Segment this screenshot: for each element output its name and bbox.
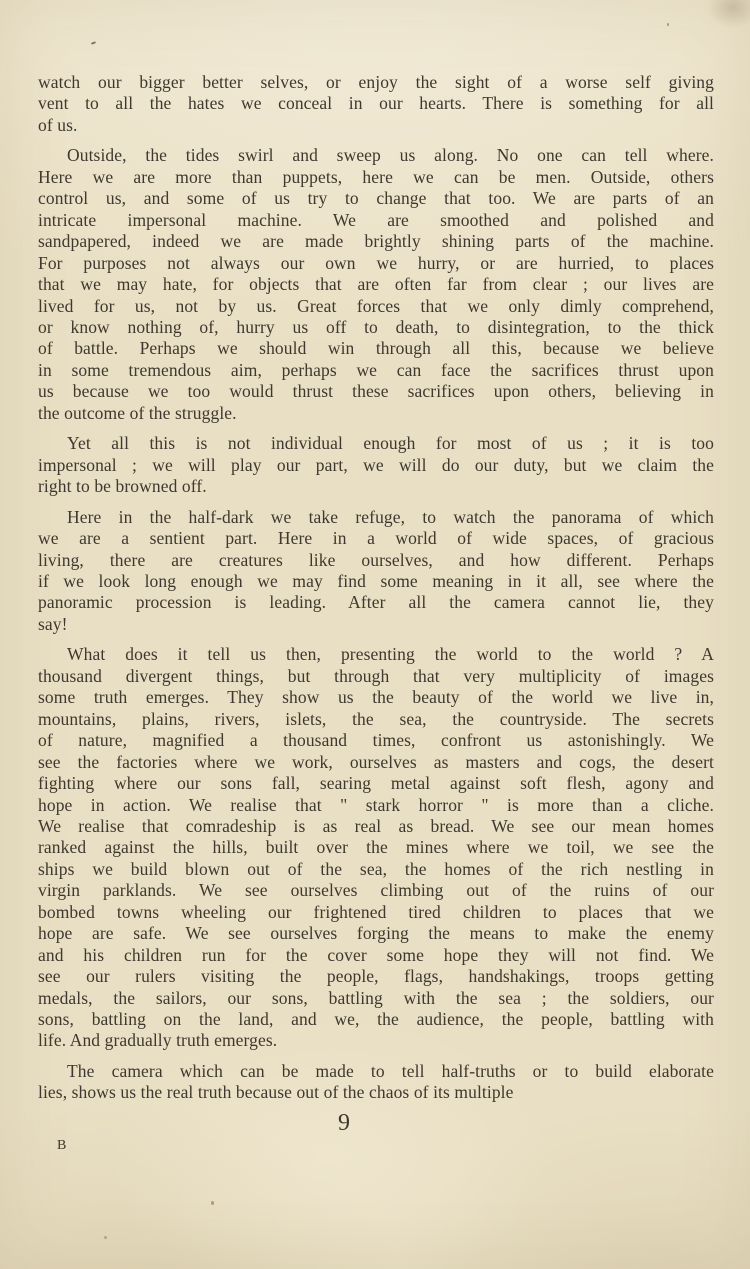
text-line: hope in action. We realise that " stark … <box>38 795 714 816</box>
body-text: watch our bigger better selves, or enjoy… <box>38 72 714 1113</box>
text-line: impersonal ; we will play our part, we w… <box>38 455 714 476</box>
text-line: lived for us, not by us. Great forces th… <box>38 296 714 317</box>
text-line: we are a sentient part. Here in a world … <box>38 528 714 549</box>
text-line: life. And gradually truth emerges. <box>38 1030 714 1051</box>
text-line: The camera which can be made to tell hal… <box>38 1061 714 1082</box>
text-line: thousand divergent things, but through t… <box>38 666 714 687</box>
text-line: Here in the half-dark we take refuge, to… <box>38 507 714 528</box>
paragraph: What does it tell us then, presenting th… <box>38 644 714 1052</box>
text-line: bombed towns wheeling our frightened tir… <box>38 902 714 923</box>
text-line: sandpapered, indeed we are made brightly… <box>38 231 714 252</box>
paragraph: Here in the half-dark we take refuge, to… <box>38 507 714 636</box>
text-line: What does it tell us then, presenting th… <box>38 644 714 665</box>
text-line: right to be browned off. <box>38 476 714 497</box>
text-line: mountains, plains, rivers, islets, the s… <box>38 709 714 730</box>
paper-stain <box>698 0 750 35</box>
paper-speck <box>667 23 669 26</box>
paragraph: The camera which can be made to tell hal… <box>38 1061 714 1104</box>
page-number: 9 <box>338 1110 350 1137</box>
text-line: see our rulers visiting the people, flag… <box>38 966 714 987</box>
book-page: watch our bigger better selves, or enjoy… <box>0 0 750 1269</box>
text-line: some truth emerges. They show us the bea… <box>38 687 714 708</box>
text-line: virgin parklands. We see ourselves climb… <box>38 880 714 901</box>
paper-speck <box>91 41 96 45</box>
text-line: of nature, magnified a thousand times, c… <box>38 730 714 751</box>
text-line: sons, battling on the land, and we, the … <box>38 1009 714 1030</box>
text-line: in some tremendous aim, perhaps we can f… <box>38 360 714 381</box>
text-line: panoramic procession is leading. After a… <box>38 592 714 613</box>
paragraph: Yet all this is not individual enough fo… <box>38 433 714 497</box>
text-line: the outcome of the struggle. <box>38 403 714 424</box>
paragraph: watch our bigger better selves, or enjoy… <box>38 72 714 136</box>
paper-speck <box>104 1236 107 1239</box>
text-line: control us, and some of us try to change… <box>38 188 714 209</box>
signature-mark: B <box>57 1138 66 1154</box>
text-line: and his children run for the cover some … <box>38 945 714 966</box>
text-line: watch our bigger better selves, or enjoy… <box>38 72 714 93</box>
text-line: us because we too would thrust these sac… <box>38 381 714 402</box>
text-line: say! <box>38 614 714 635</box>
text-line: Outside, the tides swirl and sweep us al… <box>38 145 714 166</box>
text-line: For purposes not always our own we hurry… <box>38 253 714 274</box>
text-line: living, there are creatures like ourselv… <box>38 550 714 571</box>
text-line: intricate impersonal machine. We are smo… <box>38 210 714 231</box>
text-line: that we may hate, for objects that are o… <box>38 274 714 295</box>
text-line: fighting where our sons fall, searing me… <box>38 773 714 794</box>
text-line: ranked against the hills, built over the… <box>38 837 714 858</box>
text-line: medals, the sailors, our sons, battling … <box>38 988 714 1009</box>
text-line: or know nothing of, hurry us off to deat… <box>38 317 714 338</box>
text-line: see the factories where we work, ourselv… <box>38 752 714 773</box>
text-line: hope are safe. We see ourselves forging … <box>38 923 714 944</box>
text-line: of battle. Perhaps we should win through… <box>38 338 714 359</box>
text-line: ships we build blown out of the sea, the… <box>38 859 714 880</box>
paper-speck <box>211 1201 214 1205</box>
text-line: if we look long enough we may find some … <box>38 571 714 592</box>
text-line: lies, shows us the real truth because ou… <box>38 1082 714 1103</box>
paragraph: Outside, the tides swirl and sweep us al… <box>38 145 714 424</box>
text-line: Here we are more than puppets, here we c… <box>38 167 714 188</box>
text-line: vent to all the hates we conceal in our … <box>38 93 714 114</box>
text-line: We realise that comradeship is as real a… <box>38 816 714 837</box>
text-line: Yet all this is not individual enough fo… <box>38 433 714 454</box>
text-line: of us. <box>38 115 714 136</box>
